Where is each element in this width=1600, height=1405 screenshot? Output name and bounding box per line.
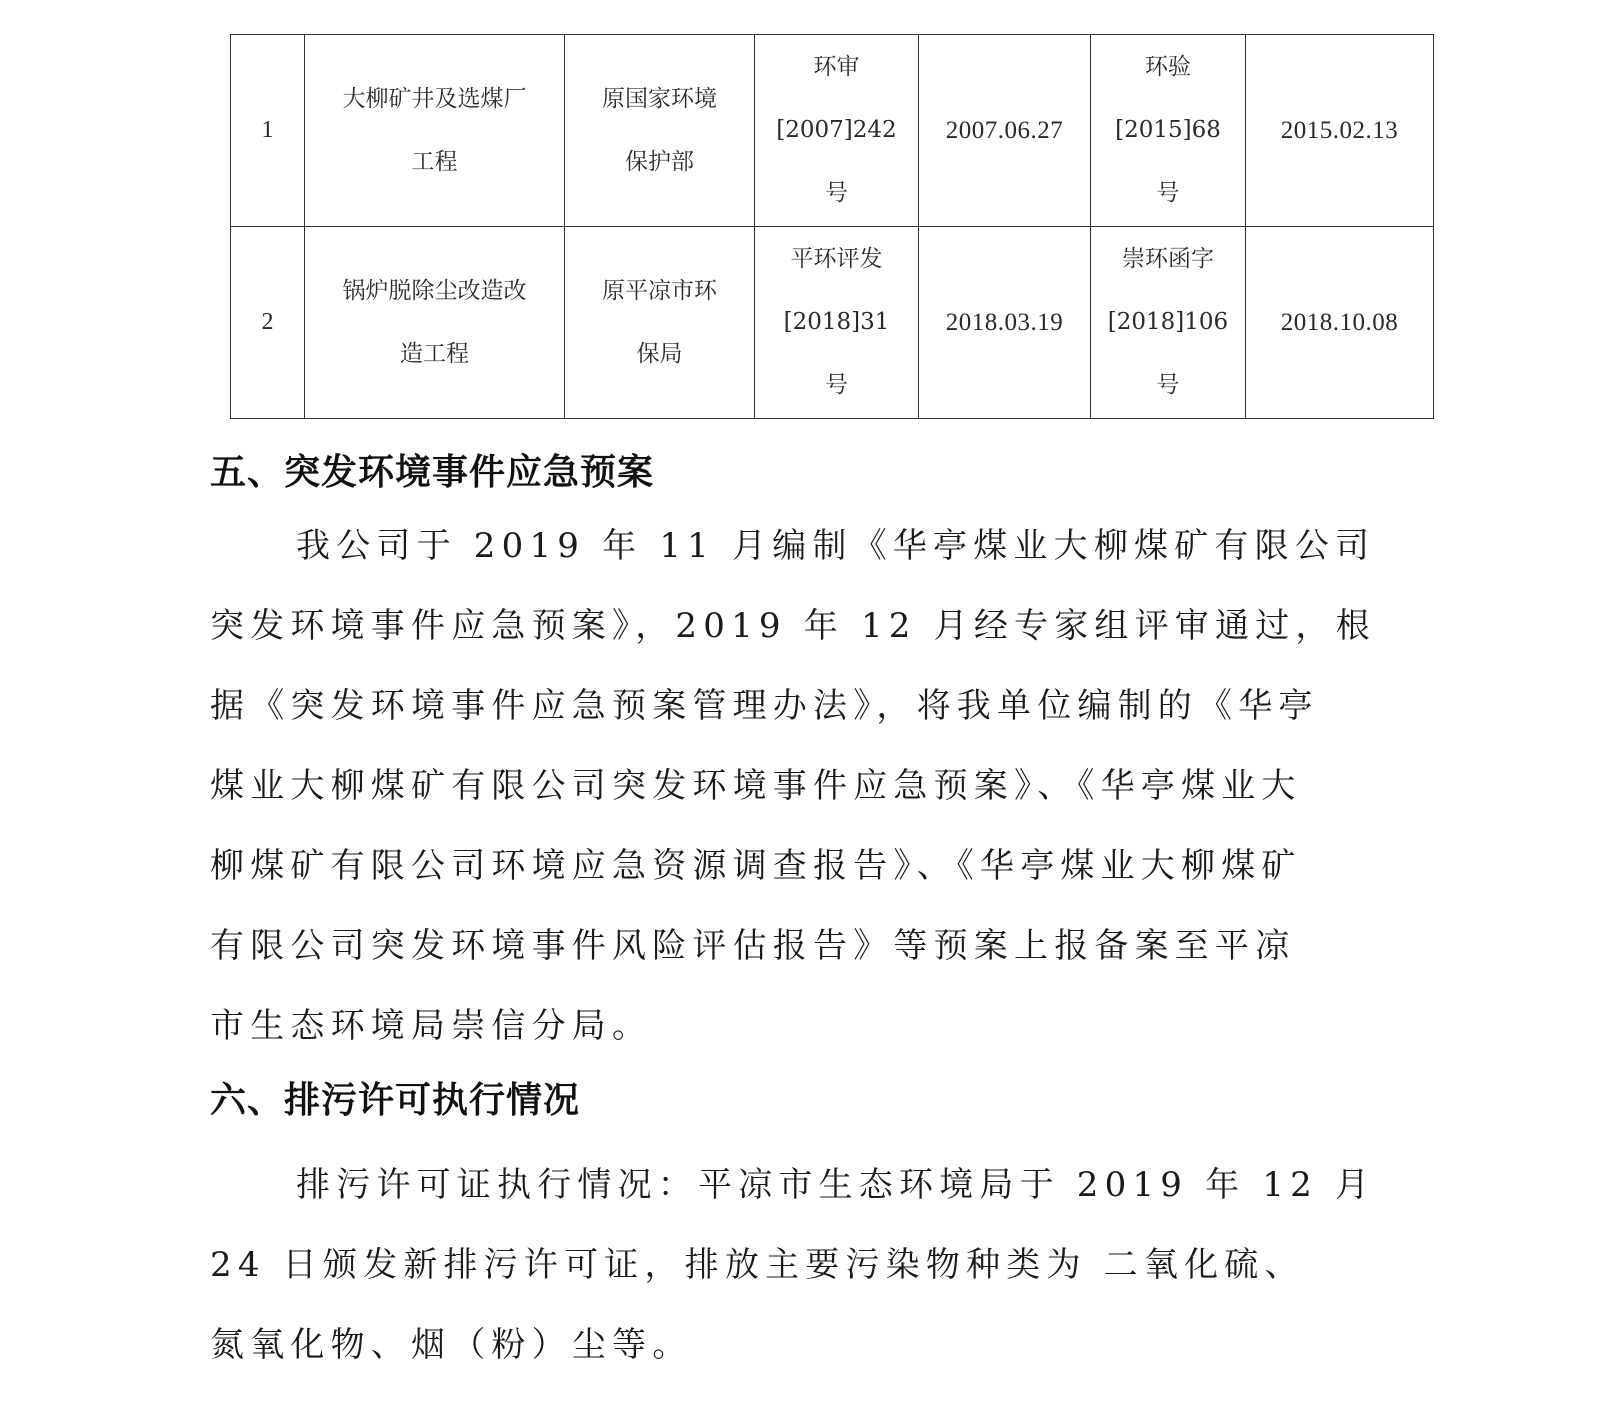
eia-doc-line: 环审: [755, 36, 918, 99]
eia-doc-line: 平环评发: [755, 228, 918, 291]
approver-line: 原国家环境: [565, 68, 754, 131]
project-name-line: 工程: [305, 131, 564, 194]
eia-doc-cell: 平环评发 [2018]31 号: [755, 227, 919, 419]
project-name-cell: 大柳矿井及选煤厂 工程: [305, 35, 565, 227]
table-row: 2 锅炉脱除尘改造改 造工程 原平凉市环 保局 平环评发 [2018]31 号 …: [231, 227, 1434, 419]
acceptance-doc-line: [2018]106: [1091, 291, 1245, 354]
table-row: 1 大柳矿井及选煤厂 工程 原国家环境 保护部 环审 [2007]242 号 2…: [231, 35, 1434, 227]
acceptance-doc-line: 号: [1091, 162, 1245, 225]
acceptance-doc-cell: 崇环函字 [2018]106 号: [1091, 227, 1246, 419]
project-name-line: 造工程: [305, 323, 564, 386]
paragraph-line: 据《突发环境事件应急预案管理办法》，将我单位编制的《华亭: [210, 666, 1360, 746]
approver-cell: 原国家环境 保护部: [565, 35, 755, 227]
paragraph-line: 氮氧化物、烟（粉）尘等。: [210, 1305, 1360, 1385]
acceptance-doc-cell: 环验 [2015]68 号: [1091, 35, 1246, 227]
row-index: 2: [231, 227, 305, 419]
eia-doc-line: 号: [755, 354, 918, 417]
row-index: 1: [231, 35, 305, 227]
paragraph-line: 我公司于 2019 年 11 月编制《华亭煤业大柳煤矿有限公司: [210, 506, 1360, 586]
eia-doc-line: [2007]242: [755, 99, 918, 162]
acceptance-date-cell: 2015.02.13: [1246, 35, 1434, 227]
eia-doc-line: [2018]31: [755, 291, 918, 354]
paragraph-line: 排污许可证执行情况：平凉市生态环境局于 2019 年 12 月: [210, 1145, 1360, 1225]
project-name-cell: 锅炉脱除尘改造改 造工程: [305, 227, 565, 419]
section-heading-emergency-plan: 五、突发环境事件应急预案: [210, 444, 654, 495]
paragraph-line: 突发环境事件应急预案》，2019 年 12 月经专家组评审通过，根: [210, 586, 1360, 666]
paragraph-line: 煤业大柳煤矿有限公司突发环境事件应急预案》、《华亭煤业大: [210, 746, 1360, 826]
acceptance-doc-line: [2015]68: [1091, 99, 1245, 162]
section-heading-discharge-permit: 六、排污许可执行情况: [210, 1072, 580, 1123]
eia-date-cell: 2007.06.27: [919, 35, 1091, 227]
project-name-line: 大柳矿井及选煤厂: [305, 68, 564, 131]
approval-records-table: 1 大柳矿井及选煤厂 工程 原国家环境 保护部 环审 [2007]242 号 2…: [230, 34, 1434, 419]
project-name-line: 锅炉脱除尘改造改: [305, 260, 564, 323]
paragraph-line: 24 日颁发新排污许可证，排放主要污染物种类为 二氧化硫、: [210, 1225, 1360, 1305]
eia-doc-line: 号: [755, 162, 918, 225]
approver-line: 原平凉市环: [565, 260, 754, 323]
approver-cell: 原平凉市环 保局: [565, 227, 755, 419]
eia-date-cell: 2018.03.19: [919, 227, 1091, 419]
approver-line: 保护部: [565, 131, 754, 194]
paragraph-line: 柳煤矿有限公司环境应急资源调查报告》、《华亭煤业大柳煤矿: [210, 826, 1360, 906]
paragraph-line: 市生态环境局崇信分局。: [210, 986, 1360, 1066]
acceptance-doc-line: 号: [1091, 354, 1245, 417]
acceptance-date-cell: 2018.10.08: [1246, 227, 1434, 419]
paragraph-discharge-permit: 排污许可证执行情况：平凉市生态环境局于 2019 年 12 月 24 日颁发新排…: [210, 1145, 1360, 1385]
document-page: 1 大柳矿井及选煤厂 工程 原国家环境 保护部 环审 [2007]242 号 2…: [0, 0, 1600, 1405]
acceptance-doc-line: 环验: [1091, 36, 1245, 99]
paragraph-line: 有限公司突发环境事件风险评估报告》等预案上报备案至平凉: [210, 906, 1360, 986]
eia-doc-cell: 环审 [2007]242 号: [755, 35, 919, 227]
paragraph-emergency-plan: 我公司于 2019 年 11 月编制《华亭煤业大柳煤矿有限公司 突发环境事件应急…: [210, 506, 1360, 1066]
acceptance-doc-line: 崇环函字: [1091, 228, 1245, 291]
approver-line: 保局: [565, 323, 754, 386]
